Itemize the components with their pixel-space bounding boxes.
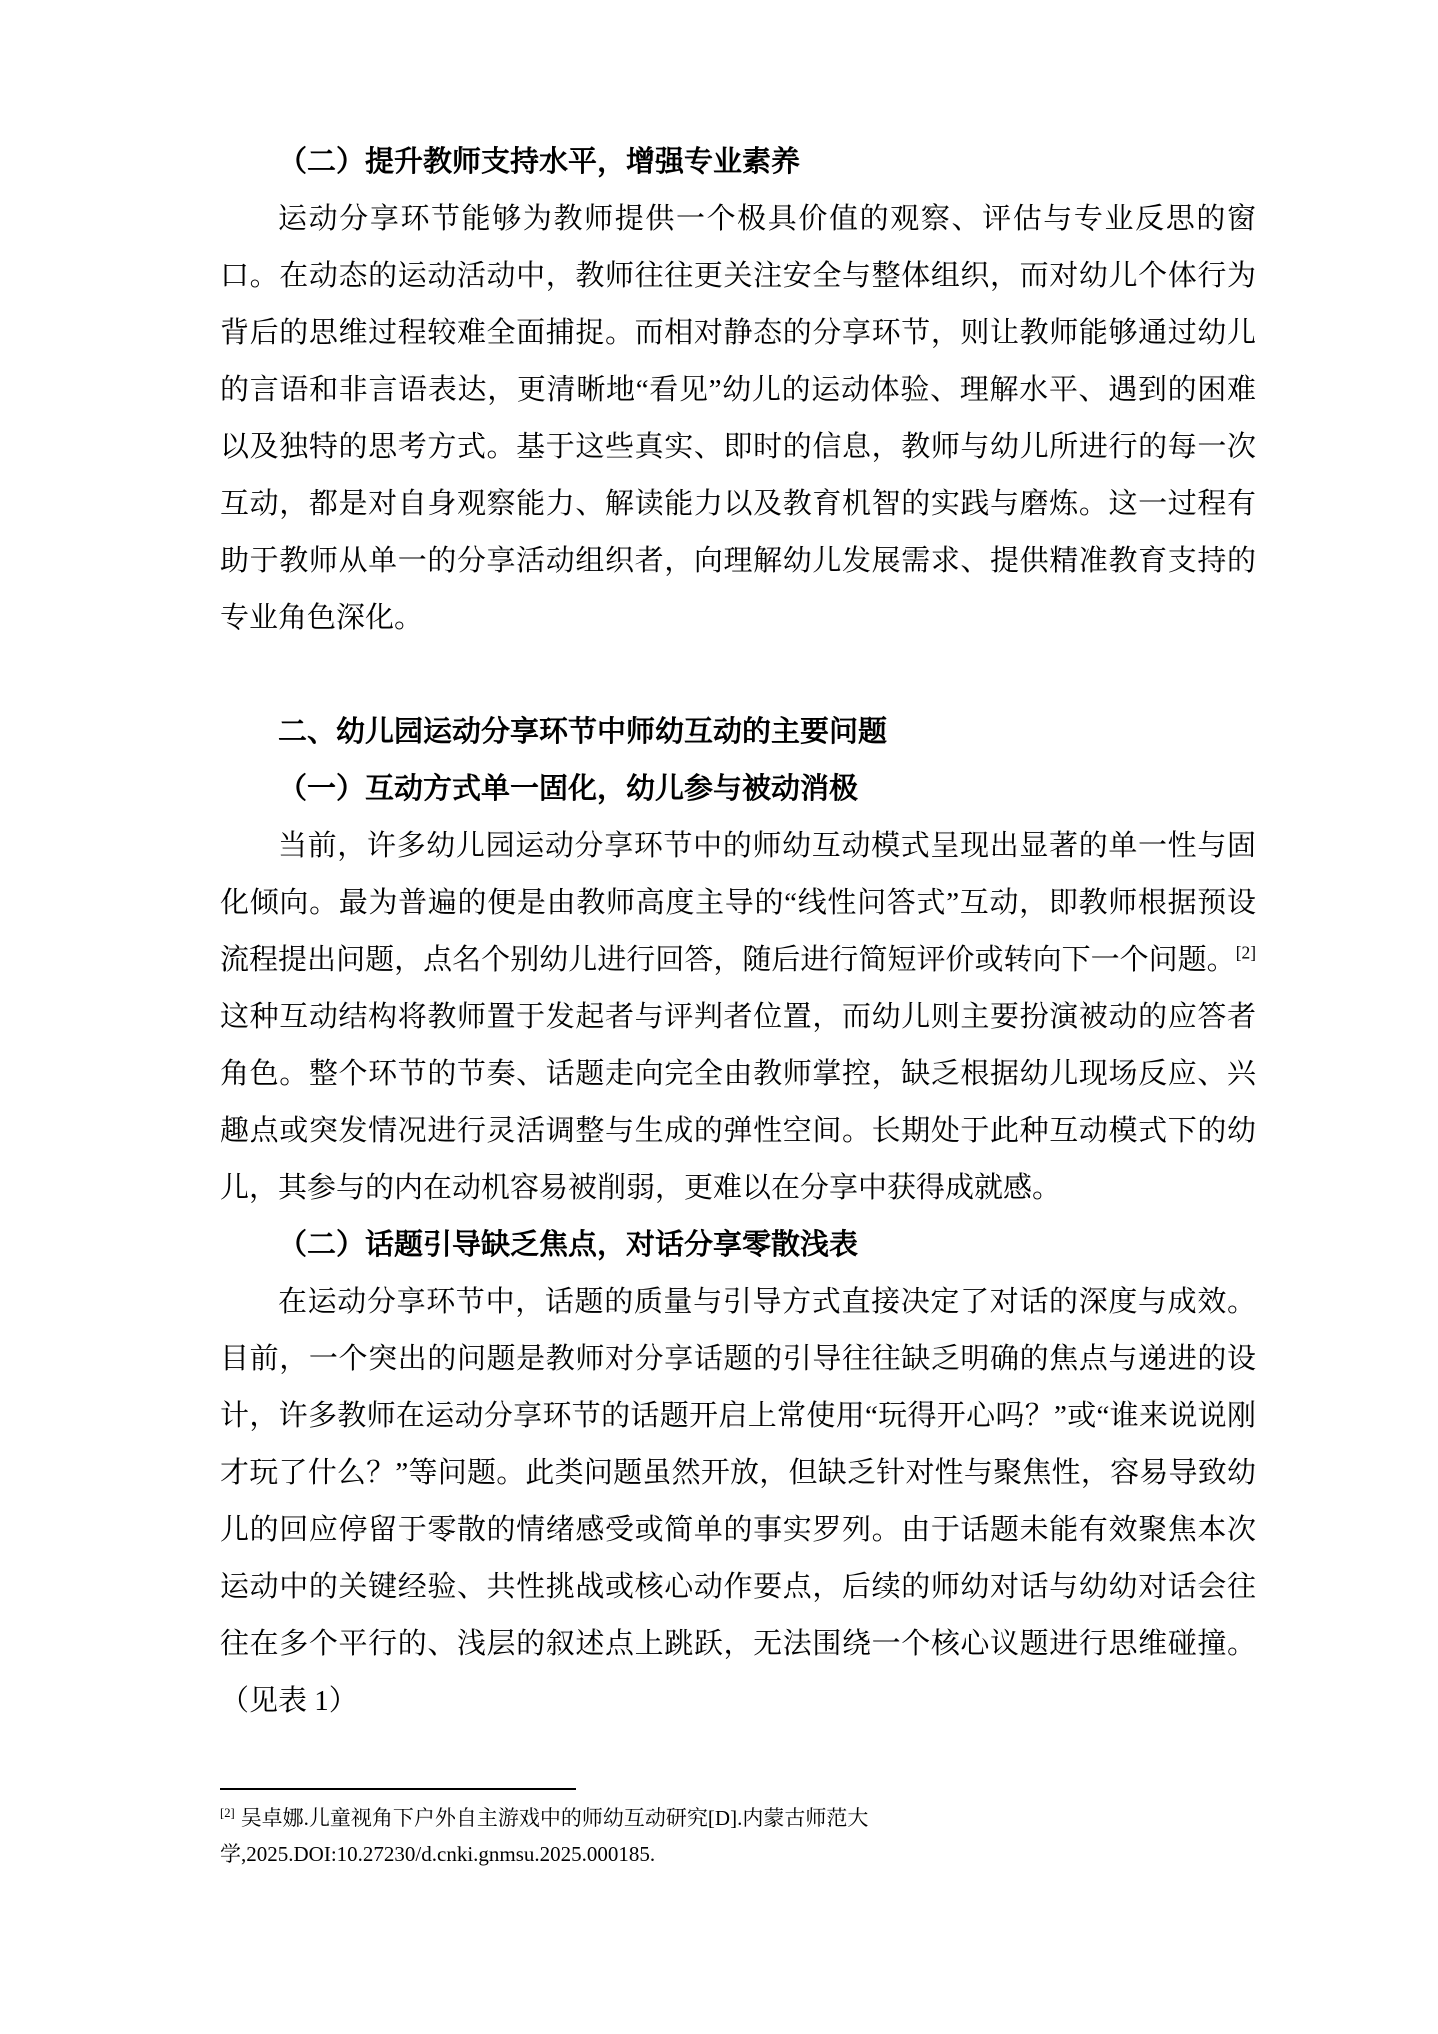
paragraph-problem-1-after-ref: 这种互动结构将教师置于发起者与评判者位置，而幼儿则主要扮演被动的应答者角色。整个… — [220, 1001, 1256, 1204]
heading-support-level: （二）提升教师支持水平，增强专业素养 — [220, 134, 1256, 191]
heading-main-problems: 二、幼儿园运动分享环节中师幼互动的主要问题 — [220, 704, 1256, 761]
footnote: [2]吴卓娜.儿童视角下户外自主游戏中的师幼互动研究[D].内蒙古师范大学,20… — [220, 1800, 1256, 1872]
footnote-marker: [2] — [220, 1806, 235, 1820]
document-body: （二）提升教师支持水平，增强专业素养 运动分享环节能够为教师提供一个极具价值的观… — [220, 134, 1256, 1730]
footnote-area: [2]吴卓娜.儿童视角下户外自主游戏中的师幼互动研究[D].内蒙古师范大学,20… — [220, 1788, 1256, 1872]
paragraph-support: 运动分享环节能够为教师提供一个极具价值的观察、评估与专业反思的窗口。在动态的运动… — [220, 191, 1256, 647]
document-page: （二）提升教师支持水平，增强专业素养 运动分享环节能够为教师提供一个极具价值的观… — [0, 0, 1438, 2034]
heading-problem-1: （一）互动方式单一固化，幼儿参与被动消极 — [220, 761, 1256, 818]
paragraph-problem-1: 当前，许多幼儿园运动分享环节中的师幼互动模式呈现出显著的单一性与固化倾向。最为普… — [220, 818, 1256, 1217]
footnote-ref-2-marker: [2] — [1236, 942, 1256, 962]
footnote-separator — [220, 1788, 576, 1790]
heading-problem-2: （二）话题引导缺乏焦点，对话分享零散浅表 — [220, 1217, 1256, 1274]
paragraph-problem-2: 在运动分享环节中，话题的质量与引导方式直接决定了对话的深度与成效。目前，一个突出… — [220, 1274, 1256, 1730]
footnote-text: 吴卓娜.儿童视角下户外自主游戏中的师幼互动研究[D].内蒙古师范大学,2025.… — [220, 1806, 868, 1866]
paragraph-problem-1-before-ref: 当前，许多幼儿园运动分享环节中的师幼互动模式呈现出显著的单一性与固化倾向。最为普… — [220, 830, 1256, 976]
